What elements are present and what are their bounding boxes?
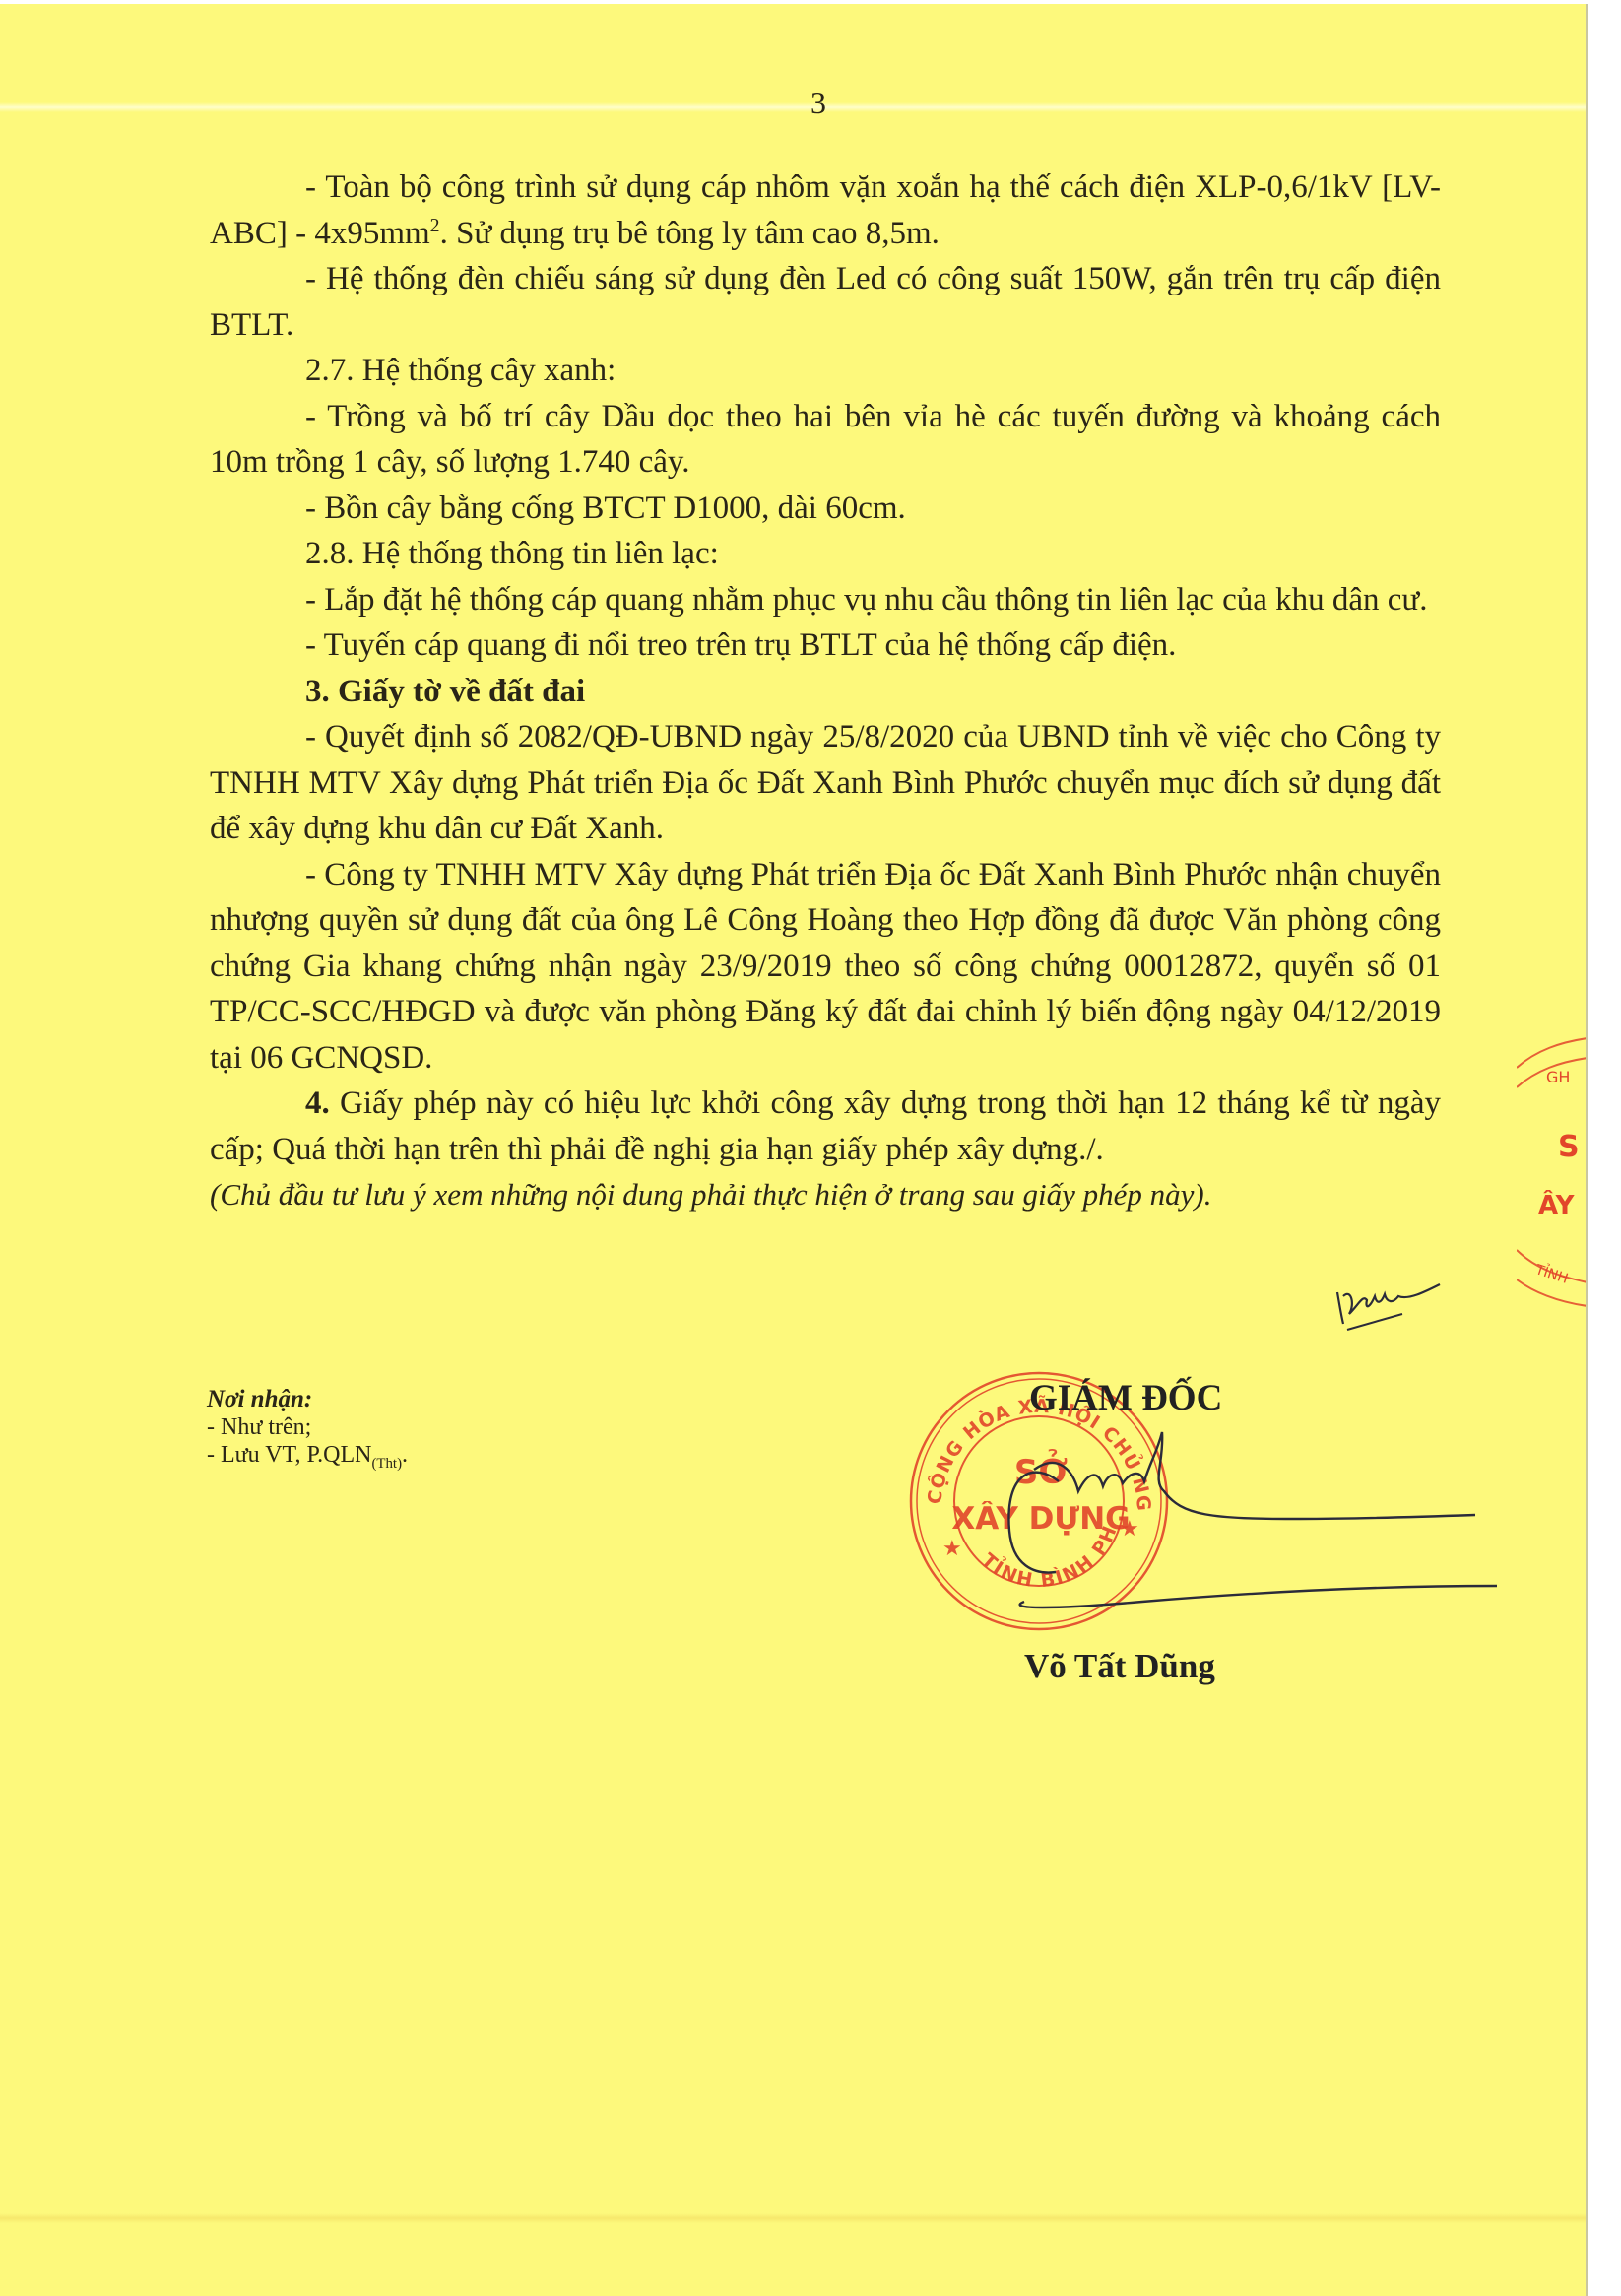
- paragraph-tree-pots: - Bồn cây bằng cống BTCT D1000, dài 60cm…: [210, 486, 1441, 532]
- paragraph-fiber-route: - Tuyến cáp quang đi nổi treo trên trụ B…: [210, 623, 1441, 669]
- paragraph-lighting: - Hệ thống đèn chiếu sáng sử dụng đèn Le…: [210, 256, 1441, 348]
- document-page: 3 - Toàn bộ công trình sử dụng cáp nhôm …: [0, 4, 1588, 2296]
- recipient-item: - Như trên;: [207, 1413, 408, 1441]
- paragraph-note: (Chủ đầu tư lưu ý xem những nội dung phả…: [210, 1172, 1441, 1218]
- handwritten-signature: [886, 1344, 1497, 1639]
- page-number: 3: [810, 85, 826, 120]
- signer-name: Võ Tất Dũng: [1024, 1647, 1215, 1686]
- svg-text:ÂY: ÂY: [1538, 1189, 1576, 1220]
- recipient-item: - Lưu VT, P.QLN(Tht).: [207, 1441, 408, 1477]
- paragraph-trees: - Trồng và bố trí cây Dầu dọc theo hai b…: [210, 394, 1441, 486]
- paragraph-validity: 4. Giấy phép này có hiệu lực khởi công x…: [210, 1081, 1441, 1172]
- heading-2-7: 2.7. Hệ thống cây xanh:: [210, 348, 1441, 394]
- scan-artifact: [0, 102, 1586, 112]
- heading-2-8: 2.8. Hệ thống thông tin liên lạc:: [210, 531, 1441, 577]
- svg-text:GH: GH: [1546, 1068, 1570, 1086]
- paragraph-decision: - Quyết định số 2082/QĐ-UBND ngày 25/8/2…: [210, 714, 1441, 852]
- initials-scribble: [1329, 1275, 1458, 1334]
- heading-3-land-documents: 3. Giấy tờ về đất đai: [210, 669, 1441, 715]
- paragraph-transfer: - Công ty TNHH MTV Xây dựng Phát triển Đ…: [210, 852, 1441, 1082]
- document-body: - Toàn bộ công trình sử dụng cáp nhôm vặ…: [210, 164, 1441, 1218]
- svg-text:S: S: [1558, 1130, 1580, 1164]
- partial-seal-stamp: GH S ÂY TỈNH: [1517, 1028, 1586, 1324]
- scan-artifact: [0, 2213, 1586, 2223]
- paragraph-fiber: - Lắp đặt hệ thống cáp quang nhằm phục v…: [210, 577, 1441, 623]
- validity-number: 4.: [305, 1085, 330, 1121]
- svg-text:TỈNH: TỈNH: [1532, 1260, 1571, 1287]
- recipients-title: Nơi nhận:: [207, 1386, 408, 1413]
- recipients-block: Nơi nhận: - Như trên; - Lưu VT, P.QLN(Th…: [207, 1386, 408, 1477]
- paragraph-cable: - Toàn bộ công trình sử dụng cáp nhôm vặ…: [210, 164, 1441, 256]
